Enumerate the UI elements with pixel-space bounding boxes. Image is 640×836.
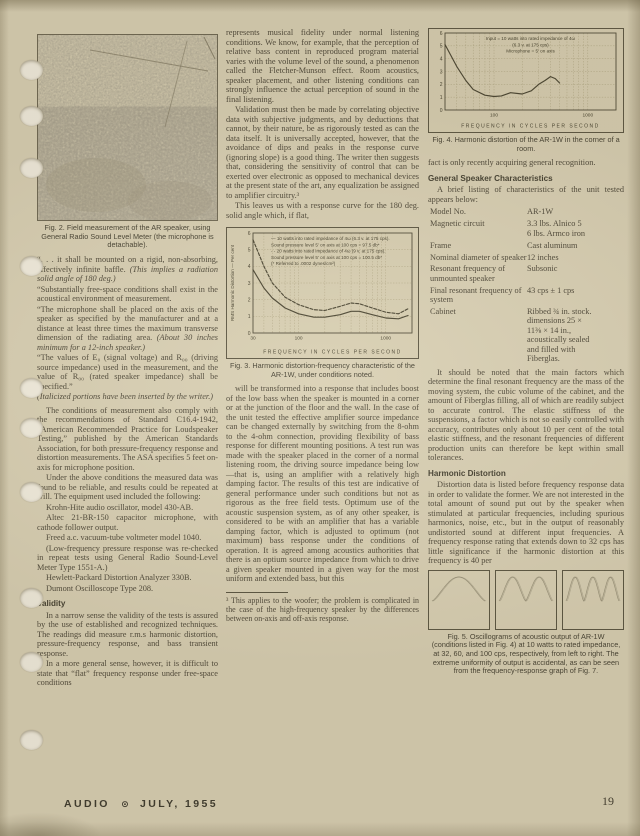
fig5-oscillograms — [428, 570, 624, 630]
table-row: FrameCast aluminum — [430, 241, 624, 250]
table-row: Resonant frequency of unmounted speakerS… — [430, 264, 624, 283]
punch-hole — [20, 588, 43, 608]
spec-value: 3.3 lbs. Alnico 5 6 lbs. Armco iron — [527, 219, 624, 238]
body-paragraph: A brief listing of characteristics of th… — [428, 185, 624, 204]
svg-text:1: 1 — [440, 95, 443, 101]
body-paragraph: fact is only recently acquiring general … — [428, 158, 624, 168]
svg-text:5: 5 — [248, 247, 251, 253]
table-row: Final resonant frequency of system43 cps… — [430, 286, 624, 305]
equipment-item: Dumont Oscilloscope Type 208. — [37, 584, 218, 594]
left-column: Fig. 2. Field measurement of the AR spea… — [37, 34, 218, 689]
body-paragraph: will be transformed into a response that… — [226, 384, 419, 584]
oscillogram-panel — [495, 570, 557, 630]
footnote-rule — [226, 592, 288, 593]
fig3-caption: Fig. 3. Harmonic distortion-frequency ch… — [227, 362, 418, 379]
page-number: 19 — [602, 794, 614, 809]
quoted-paragraph: “. . . it shall be mounted on a rigid, n… — [37, 255, 218, 284]
punch-hole — [20, 378, 43, 398]
svg-text:100: 100 — [295, 336, 303, 342]
punch-hole — [20, 652, 43, 672]
svg-text:RMS Harmonic Distortion — Per: RMS Harmonic Distortion — Per cent — [230, 244, 235, 321]
svg-text:0: 0 — [440, 108, 443, 114]
svg-text:6: 6 — [440, 31, 443, 37]
spec-label: Nominal diameter of speaker — [430, 253, 527, 262]
punch-hole — [20, 256, 43, 276]
equipment-item: Hewlett-Packard Distortion Analyzer 330B… — [37, 573, 218, 583]
svg-text:Input = 10 watts into rated im: Input = 10 watts into rated impedance of… — [486, 36, 576, 41]
oscillogram-panel — [428, 570, 490, 630]
harmonic-distortion-heading: Harmonic Distortion — [428, 469, 624, 478]
spec-label: Frame — [430, 241, 527, 250]
svg-text:3: 3 — [248, 281, 251, 287]
fig4-corner-distortion-chart: 01234561001000Input = 10 watts into rate… — [429, 29, 623, 132]
svg-text:(* Referred to .0002 dynes/cm²: (* Referred to .0002 dynes/cm²) — [271, 261, 336, 266]
punch-hole — [20, 106, 43, 126]
spec-label: Magnetic circuit — [430, 219, 527, 238]
magazine-page: Fig. 2. Field measurement of the AR spea… — [0, 0, 640, 836]
svg-text:30: 30 — [250, 336, 256, 342]
body-paragraph: Distortion data is listed before frequen… — [428, 480, 624, 566]
svg-text:1: 1 — [248, 314, 251, 320]
magazine-title: AUDIO — [64, 798, 110, 810]
svg-text:5: 5 — [440, 44, 443, 50]
svg-text:- - 20 watts into rated impeda: - - 20 watts into rated impedance of 4ω … — [271, 249, 386, 254]
svg-text:FREQUENCY IN CYCLES PER SECOND: FREQUENCY IN CYCLES PER SECOND — [263, 350, 402, 356]
spec-value: Subsonic — [527, 264, 624, 283]
svg-text:2: 2 — [440, 82, 443, 88]
body-paragraph: Under the above conditions the measured … — [37, 473, 218, 502]
table-row: Nominal diameter of speaker12 inches — [430, 253, 624, 262]
fig5-caption: Fig. 5. Oscillograms of acoustic output … — [429, 633, 623, 677]
body-paragraph: It should be noted that the main factors… — [428, 368, 624, 463]
svg-text:4: 4 — [440, 56, 443, 62]
svg-text:1000: 1000 — [582, 113, 593, 119]
table-row: Magnetic circuit3.3 lbs. Alnico 5 6 lbs.… — [430, 219, 624, 238]
speaker-characteristics-heading: General Speaker Characteristics — [428, 174, 624, 183]
spec-label: Cabinet — [430, 307, 527, 363]
spec-value: AR-1W — [527, 207, 624, 216]
svg-text:Microphone = 5' on axis: Microphone = 5' on axis — [506, 49, 555, 54]
equipment-item: Altec 21-BR-150 capacitor microphone, wi… — [37, 513, 218, 532]
svg-text:Sound pressure level 5' on axi: Sound pressure level 5' on axis at 100 c… — [271, 242, 380, 247]
svg-text:(6.3 v. at 175 cps): (6.3 v. at 175 cps) — [512, 42, 549, 47]
spec-value: 12 inches — [527, 253, 624, 262]
fig2-photo — [37, 34, 218, 221]
issue-date: JULY, 1955 — [140, 798, 218, 810]
speaker-characteristics-table: Model No.AR-1W Magnetic circuit3.3 lbs. … — [430, 207, 624, 363]
spec-label: Resonant frequency of unmounted speaker — [430, 264, 527, 283]
punch-hole — [20, 158, 43, 178]
fig2-caption: Fig. 2. Field measurement of the AR spea… — [38, 224, 217, 250]
svg-text:1000: 1000 — [380, 336, 391, 342]
punch-hole — [20, 60, 43, 80]
equipment-item: (Low-frequency pressure response was re-… — [37, 544, 218, 573]
table-row: Model No.AR-1W — [430, 207, 624, 216]
oscillogram-panel — [562, 570, 624, 630]
svg-text:6: 6 — [248, 231, 251, 237]
punch-hole — [20, 730, 43, 750]
body-paragraph: In a more general sense, however, it is … — [37, 659, 218, 688]
fig3-chart-frame: 0123456301001000— 10 watts into rated im… — [226, 227, 419, 359]
body-paragraph: Validation must then be made by correlat… — [226, 105, 419, 200]
svg-text:— 10 watts into rated impedanc: — 10 watts into rated impedance of 4ω (6… — [271, 236, 390, 241]
spec-label: Model No. — [430, 207, 527, 216]
svg-text:Sound pressure level 5' on axi: Sound pressure level 5' on axis at 100 c… — [271, 255, 382, 260]
middle-column: represents musical fidelity under normal… — [226, 28, 419, 625]
body-paragraph: In a narrow sense the validity of the te… — [37, 611, 218, 659]
body-paragraph: represents musical fidelity under normal… — [226, 28, 419, 104]
table-row: CabinetRibbed ¾ in. stock. dimensions 25… — [430, 307, 624, 363]
equipment-item: Krohn-Hite audio oscillator, model 430-A… — [37, 503, 218, 513]
fig4-caption: Fig. 4. Harmonic distortion of the AR-1W… — [429, 136, 623, 153]
quoted-paragraph: “Substantially free-space conditions sha… — [37, 285, 218, 304]
writer-note: (Italicized portions have been inserted … — [37, 392, 218, 402]
spec-label: Final resonant frequency of system — [430, 286, 527, 305]
fig3-distortion-chart: 0123456301001000— 10 watts into rated im… — [227, 228, 418, 358]
spec-value: Cast aluminum — [527, 241, 624, 250]
body-paragraph: The conditions of measurement also compl… — [37, 406, 218, 473]
quoted-paragraph: “The microphone shall be placed on the a… — [37, 305, 218, 353]
validity-heading: Validity — [37, 599, 218, 608]
footer: AUDIO ⊙ JULY, 1955 — [64, 798, 218, 810]
svg-text:FREQUENCY IN CYCLES PER SECOND: FREQUENCY IN CYCLES PER SECOND — [461, 124, 600, 130]
svg-text:4: 4 — [248, 264, 251, 270]
equipment-item: Freed a.c. vacuum-tube voltmeter model 1… — [37, 533, 218, 543]
fig4-chart-frame: 01234561001000Input = 10 watts into rate… — [428, 28, 624, 133]
field-measurement-photo — [38, 35, 217, 220]
right-column: 01234561001000Input = 10 watts into rate… — [428, 28, 624, 681]
svg-text:3: 3 — [440, 69, 443, 75]
punch-hole — [20, 482, 43, 502]
spec-value: 43 cps ± 1 cps — [527, 286, 624, 305]
footnote: ³ This applies to the woofer; the proble… — [226, 596, 419, 624]
svg-text:2: 2 — [248, 297, 251, 303]
spec-value: Ribbed ¾ in. stock. dimensions 25 × 11⅜ … — [527, 307, 624, 363]
bullet-icon: ⊙ — [121, 799, 129, 809]
svg-text:100: 100 — [490, 113, 498, 119]
quoted-paragraph: “The values of E₀ (signal voltage) and R… — [37, 353, 218, 391]
body-paragraph: This leaves us with a response curve for… — [226, 201, 419, 220]
punch-hole — [20, 418, 43, 438]
